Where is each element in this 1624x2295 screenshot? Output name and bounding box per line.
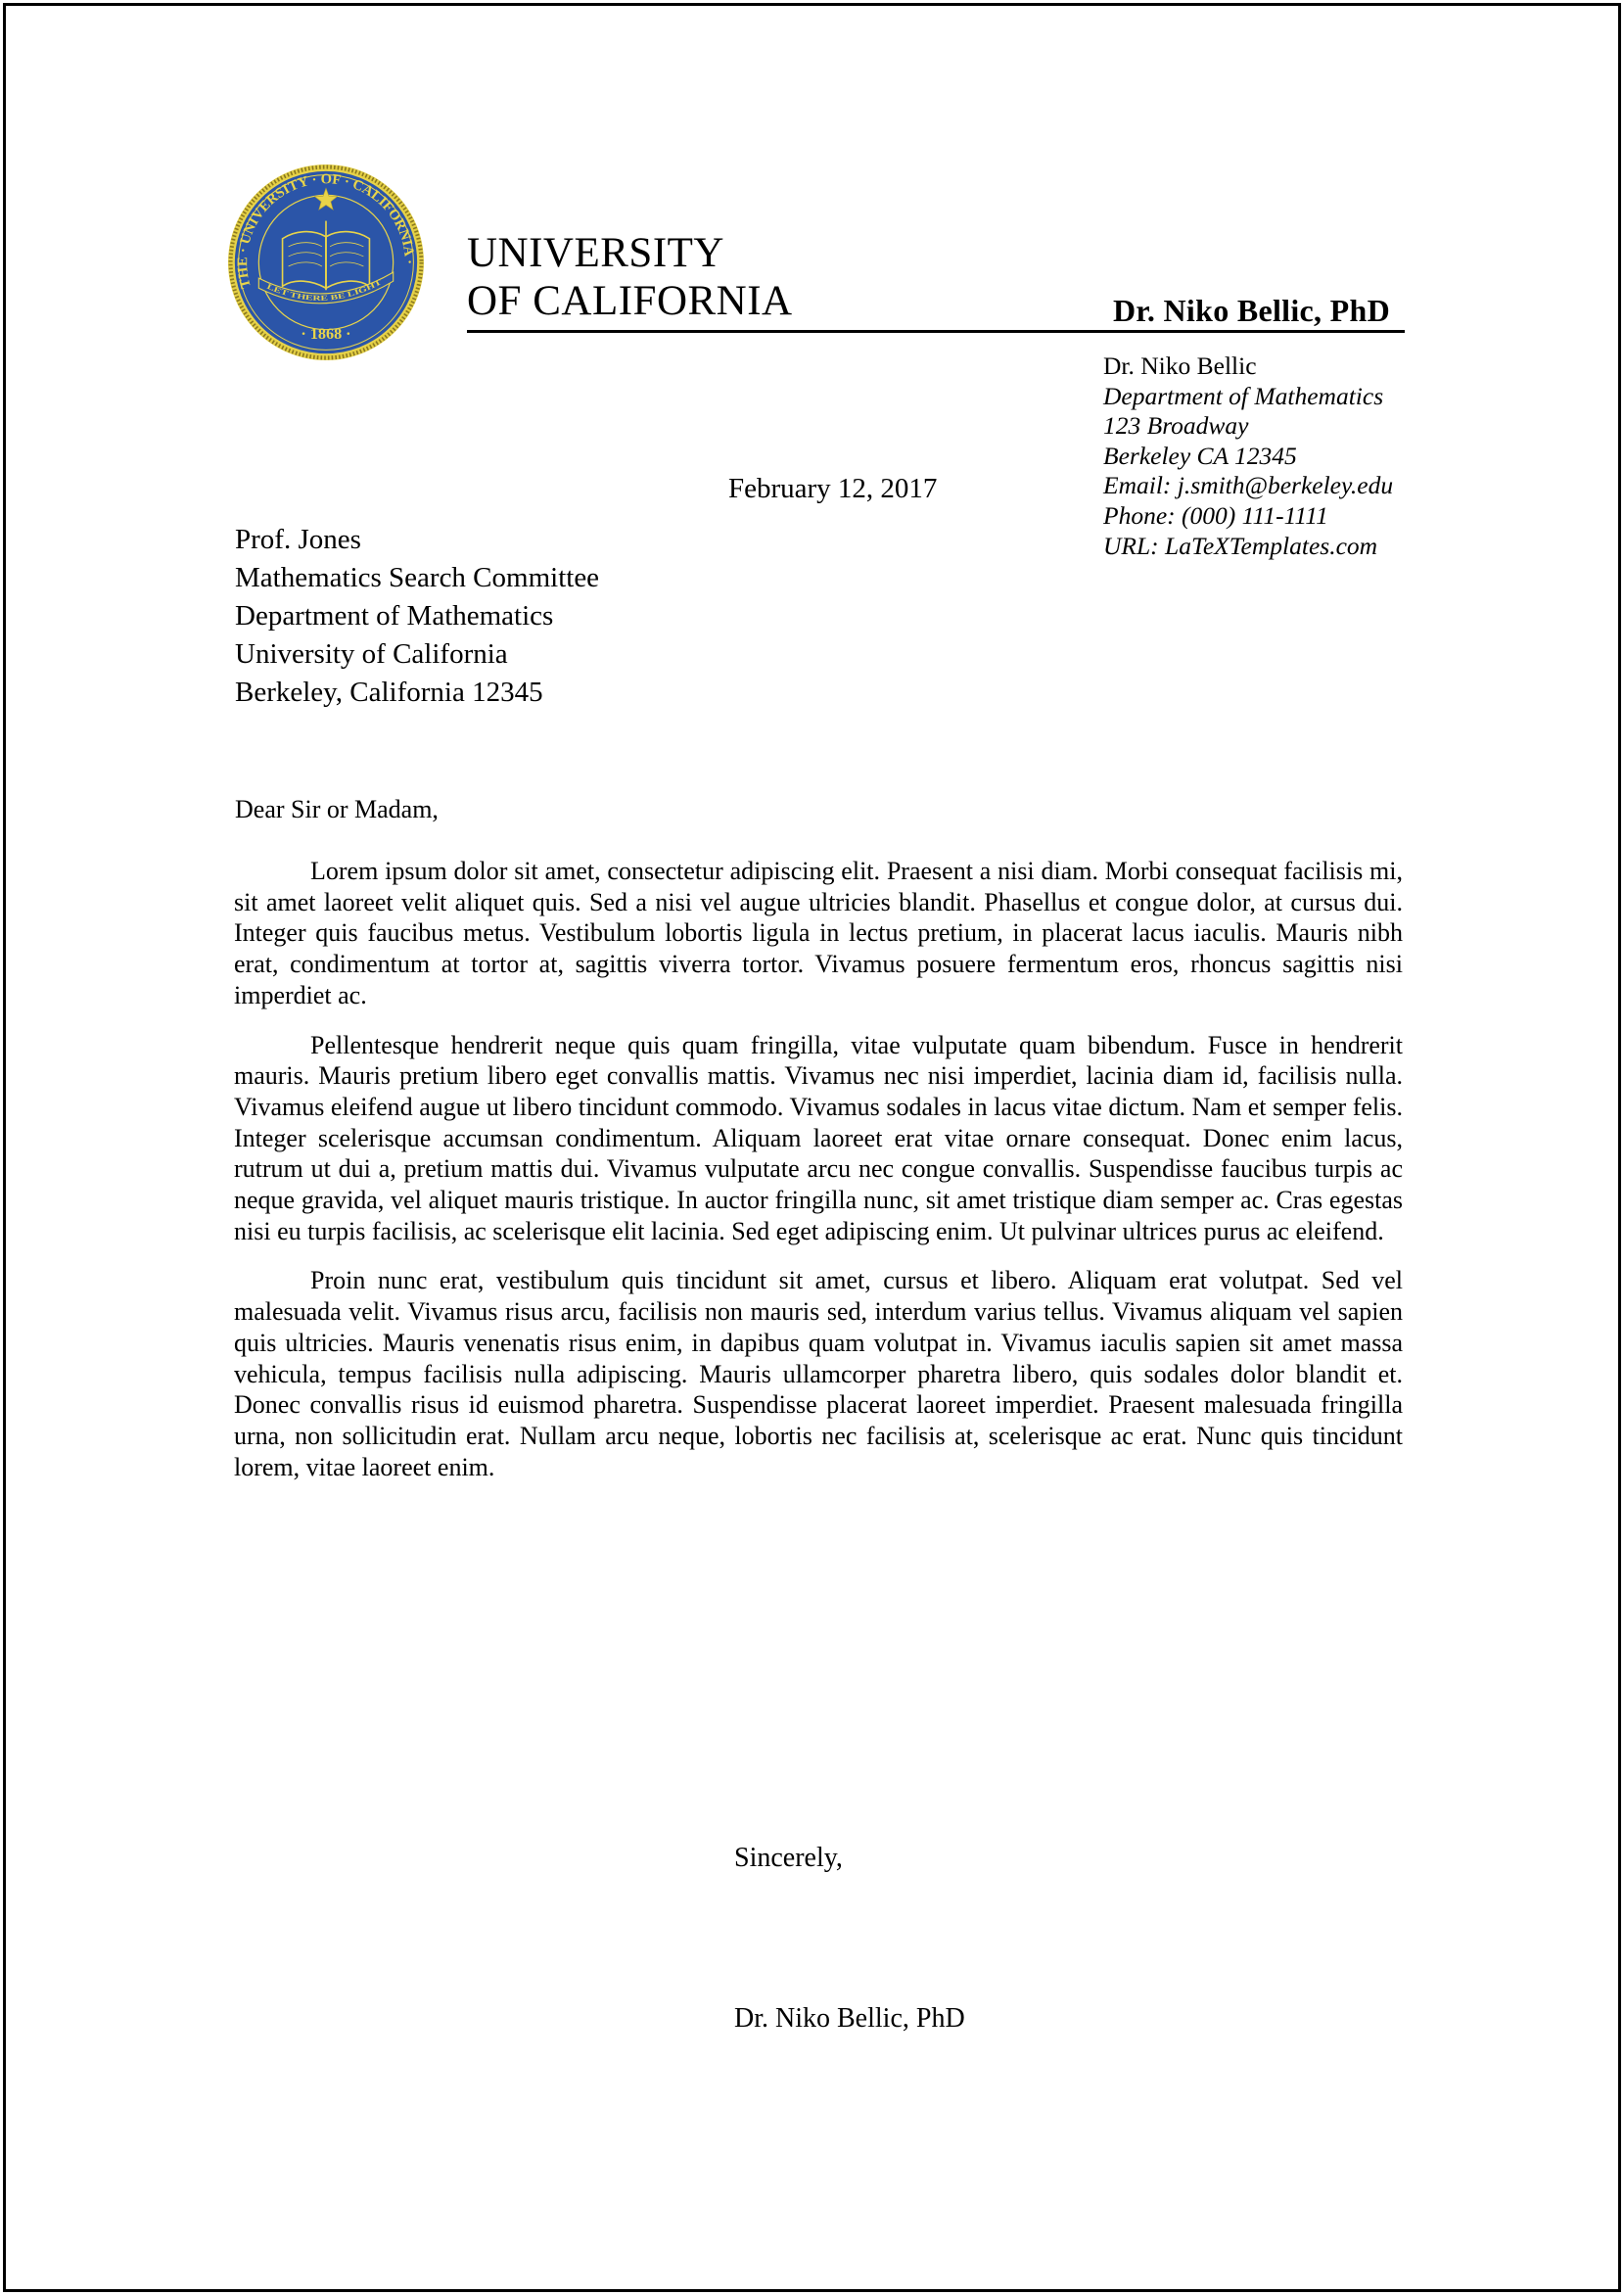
recipient-line: Berkeley, California 12345 — [235, 674, 599, 712]
sender-department: Department of Mathematics — [1103, 382, 1393, 412]
sender-url: URL: LaTeXTemplates.com — [1103, 532, 1393, 562]
salutation: Dear Sir or Madam, — [235, 795, 439, 824]
recipient-line: Department of Mathematics — [235, 597, 599, 635]
sender-city: Berkeley CA 12345 — [1103, 442, 1393, 472]
sender-name: Dr. Niko Bellic — [1103, 351, 1393, 382]
signature-name: Dr. Niko Bellic, PhD — [734, 2003, 965, 2035]
header-rule — [467, 330, 1405, 333]
sender-street: 123 Broadway — [1103, 411, 1393, 442]
closing: Sincerely, — [734, 1843, 843, 1874]
recipient-line: University of California — [235, 635, 599, 674]
seal-year-text: · 1868 · — [301, 326, 350, 343]
recipient-line: Mathematics Search Committee — [235, 559, 599, 597]
masthead-line2: OF CALIFORNIA — [467, 277, 793, 325]
sender-phone: Phone: (000) 111-1111 — [1103, 501, 1393, 532]
recipient-block: Prof. Jones Mathematics Search Committee… — [235, 521, 599, 712]
masthead: UNIVERSITY OF CALIFORNIA — [467, 229, 793, 325]
letter-body: Lorem ipsum dolor sit amet, consectetur … — [234, 856, 1403, 1501]
body-paragraph-1: Lorem ipsum dolor sit amet, consectetur … — [234, 856, 1403, 1011]
body-paragraph-3: Proin nunc erat, vestibulum quis tincidu… — [234, 1265, 1403, 1482]
header-sender-name: Dr. Niko Bellic, PhD — [1113, 293, 1390, 329]
sender-email: Email: j.smith@berkeley.edu — [1103, 471, 1393, 501]
university-of-california-seal-icon: THE · UNIVERSITY · OF · CALIFORNIA · LET… — [227, 163, 425, 362]
recipient-name: Prof. Jones — [235, 521, 599, 559]
sender-contact-block: Dr. Niko Bellic Department of Mathematic… — [1103, 351, 1393, 561]
body-paragraph-2: Pellentesque hendrerit neque quis quam f… — [234, 1030, 1403, 1247]
masthead-line1: UNIVERSITY — [467, 229, 793, 277]
date: February 12, 2017 — [728, 473, 937, 505]
letter-page: THE · UNIVERSITY · OF · CALIFORNIA · LET… — [0, 0, 1624, 2295]
